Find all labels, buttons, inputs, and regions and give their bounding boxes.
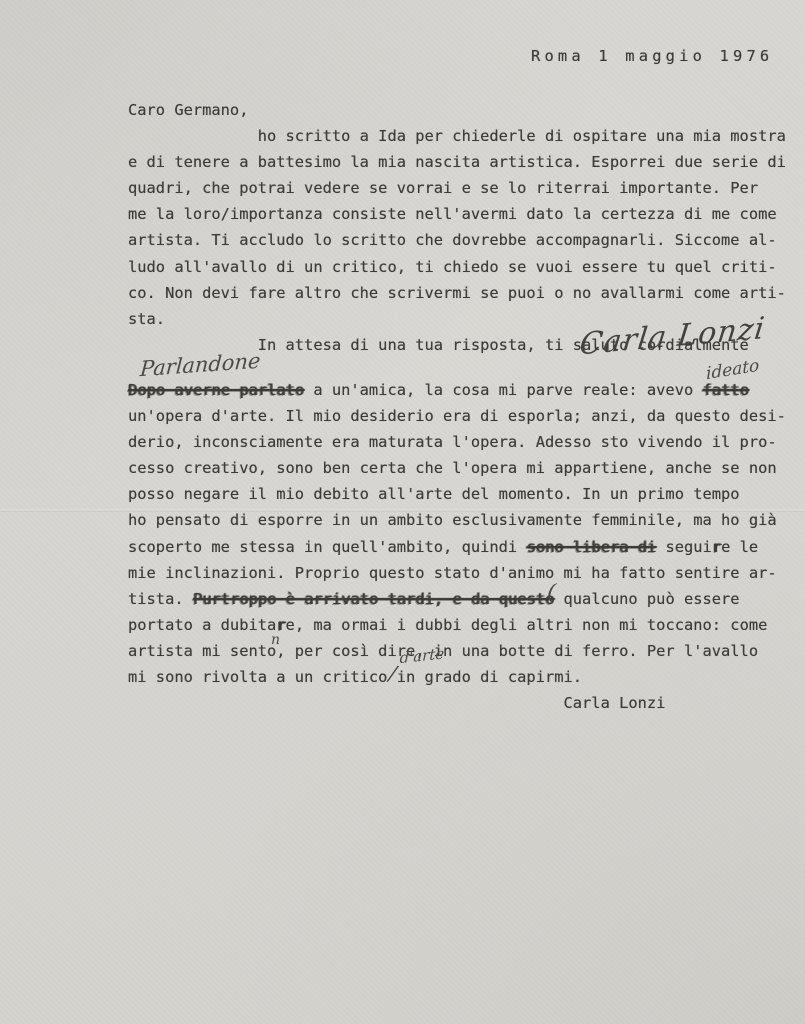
- letter-line: Dopo averne parlato a un'amica, la cosa …: [128, 377, 786, 403]
- letter-line: un'opera d'arte. Il mio desiderio era di…: [128, 403, 786, 429]
- overtyped-character: r: [276, 616, 285, 634]
- letter-line: sta.: [128, 306, 786, 332]
- typed-text: me la loro/importanza consiste nell'aver…: [128, 205, 777, 223]
- typed-text: qualcuno può essere: [554, 590, 739, 608]
- letter-line: artista mi sento, per così dire, in una …: [128, 638, 786, 664]
- typed-text: scoperto me stessa in quell'ambito, quin…: [128, 538, 526, 556]
- letter-line: Carla Lonzi: [128, 690, 786, 716]
- letter-line: portato a dubitare, ma ormai i dubbi deg…: [128, 612, 786, 638]
- typed-text: e, ma ormai i dubbi degli altri non mi t…: [286, 616, 768, 634]
- typed-text: artista mi sento, per così dire, in una …: [128, 642, 758, 660]
- letter-line: ludo all'avallo di un critico, ti chiedo…: [128, 254, 786, 280]
- typed-text: e di tenere a battesimo la mia nascita a…: [128, 153, 786, 171]
- typed-text: derio, inconsciamente era maturata l'ope…: [128, 433, 777, 451]
- typed-text: ho scritto a Ida per chiederle di ospita…: [128, 127, 786, 145]
- letter-line: e di tenere a battesimo la mia nascita a…: [128, 149, 786, 175]
- typed-text: artista. Ti accludo lo scritto che dovre…: [128, 231, 777, 249]
- letter-line: tista. Purtroppo è arrivato tardi, e da …: [128, 586, 786, 612]
- letter-paragraph-2: Dopo averne parlato a un'amica, la cosa …: [128, 377, 786, 716]
- letter-line: derio, inconsciamente era maturata l'ope…: [128, 429, 786, 455]
- letter-paragraph-1: Caro Germano, ho scritto a Ida per chied…: [128, 97, 786, 358]
- overtyped-character: r: [712, 538, 721, 556]
- letter-line: co. Non devi fare altro che scrivermi se…: [128, 280, 786, 306]
- typed-text: a un'amica, la cosa mi parve reale: avev…: [304, 381, 702, 399]
- letter-line: me la loro/importanza consiste nell'aver…: [128, 201, 786, 227]
- typed-text: e le: [721, 538, 758, 556]
- letter-line: ho scritto a Ida per chiederle di ospita…: [128, 123, 786, 149]
- letter-line: posso negare il mio debito all'arte del …: [128, 481, 786, 507]
- letter-paper: Roma 1 maggio 1976 Caro Germano, ho scri…: [0, 0, 805, 1024]
- struck-typed-text: Purtroppo è arrivato tardi, e da questo: [193, 590, 554, 608]
- typed-text: ludo all'avallo di un critico, ti chiedo…: [128, 258, 777, 276]
- typed-text: un'opera d'arte. Il mio desiderio era di…: [128, 407, 786, 425]
- struck-typed-text: sono libera di: [526, 538, 656, 556]
- typed-text: tista.: [128, 590, 193, 608]
- typed-text: posso negare il mio debito all'arte del …: [128, 485, 740, 503]
- typed-text: portato a dubita: [128, 616, 276, 634]
- typed-text: co. Non devi fare altro che scrivermi se…: [128, 284, 786, 302]
- typed-text: ho pensato di esporre in un ambito esclu…: [128, 511, 777, 529]
- letter-line: artista. Ti accludo lo scritto che dovre…: [128, 227, 786, 253]
- typed-text: mi sono rivolta a un critico in grado di…: [128, 668, 582, 686]
- typed-text: quadri, che potrai vedere se vorrai e se…: [128, 179, 758, 197]
- typed-text: sta.: [128, 310, 165, 328]
- letter-line: cesso creativo, sono ben certa che l'ope…: [128, 455, 786, 481]
- typed-text: mie inclinazioni. Proprio questo stato d…: [128, 564, 777, 582]
- letter-line: mie inclinazioni. Proprio questo stato d…: [128, 560, 786, 586]
- struck-typed-text: Dopo averne parlato: [128, 381, 304, 399]
- letter-line: mi sono rivolta a un critico in grado di…: [128, 664, 786, 690]
- typed-text: Caro Germano,: [128, 101, 248, 119]
- letter-line: scoperto me stessa in quell'ambito, quin…: [128, 534, 786, 560]
- letter-line: quadri, che potrai vedere se vorrai e se…: [128, 175, 786, 201]
- struck-typed-text: fatto: [703, 381, 749, 399]
- letter-line: In attesa di una tua risposta, ti saluto…: [128, 332, 786, 358]
- letter-line: Caro Germano,: [128, 97, 786, 123]
- typed-text: cesso creativo, sono ben certa che l'ope…: [128, 459, 777, 477]
- letter-line: ho pensato di esporre in un ambito esclu…: [128, 507, 786, 533]
- letter-date: Roma 1 maggio 1976: [531, 47, 773, 65]
- typed-text: Carla Lonzi: [128, 694, 665, 712]
- typed-text: In attesa di una tua risposta, ti saluto…: [128, 336, 749, 354]
- typed-text: segui: [656, 538, 712, 556]
